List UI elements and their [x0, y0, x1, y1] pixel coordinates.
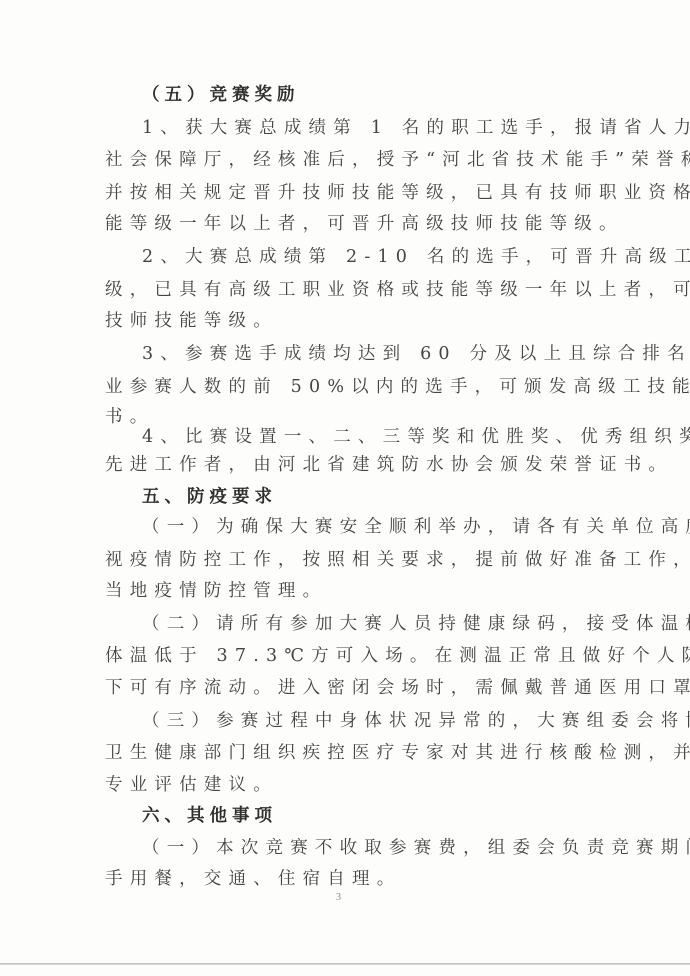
page-bottom-edge [0, 963, 690, 965]
paragraph-line: （一）为确保大赛安全顺利举办，请各有关单位高度重 [142, 515, 632, 539]
paragraph-line: （一）本次竞赛不收取参赛费，组委会负责竞赛期间选 [142, 836, 632, 860]
paragraph-line: （三）参赛过程中身体状况异常的，大赛组委会将协调 [142, 709, 632, 733]
paragraph-line: 下可有序流动。进入密闭会场时，需佩戴普通医用口罩。 [105, 676, 595, 700]
paragraph-line: 体温低于 37.3℃方可入场。在测温正常且做好个人防护前提 [105, 644, 595, 668]
paragraph-line: 1、获大赛总成绩第 1 名的职工选手，报请省人力资源 [142, 116, 632, 140]
paragraph-line: 视疫情防控工作，按照相关要求，提前做好准备工作，服从 [105, 548, 595, 572]
paragraph-line: 专业评估建议。 [105, 773, 595, 797]
document-page: （五）竞赛奖励 1、获大赛总成绩第 1 名的职工选手，报请省人力资源 社会保障厅… [0, 0, 690, 976]
paragraph-line: 手用餐，交通、住宿自理。 [105, 867, 595, 891]
section-heading-competition-awards: （五）竞赛奖励 [142, 83, 632, 107]
page-number: 3 [336, 892, 341, 903]
paragraph-line: 并按相关规定晋升技师技能等级，已具有技师职业资格或技 [105, 181, 595, 205]
paragraph-line: 业参赛人数的前 50%以内的选手，可颁发高级工技能等级证 [105, 375, 595, 399]
paragraph-line: 先进工作者，由河北省建筑防水协会颁发荣誉证书。 [105, 453, 595, 477]
section-heading-epidemic-requirements: 五、防疫要求 [142, 485, 632, 509]
paragraph-line: 2、大赛总成绩第 2-10 名的选手，可晋升高级工技能等 [142, 245, 632, 269]
paragraph-line: （二）请所有参加大赛人员持健康绿码，接受体温检测， [142, 612, 632, 636]
paragraph-line: 级，已具有高级工职业资格或技能等级一年以上者，可晋升 [105, 278, 595, 302]
paragraph-line: 卫生健康部门组织疾控医疗专家对其进行核酸检测，并提出 [105, 741, 595, 765]
section-heading-other-matters: 六、其他事项 [142, 804, 632, 828]
paragraph-line: 能等级一年以上者，可晋升高级技师技能等级。 [105, 212, 595, 236]
paragraph-line: 技师技能等级。 [105, 309, 595, 333]
paragraph-line: 3、参赛选手成绩均达到 60 分及以上且综合排名在本职 [142, 342, 632, 366]
paragraph-line: 社会保障厅，经核准后，授予“河北省技术能手”荣誉称号， [105, 148, 595, 172]
paragraph-line: 4、比赛设置一、二、三等奖和优胜奖、优秀组织奖、 [142, 425, 632, 449]
paragraph-line: 当地疫情防控管理。 [105, 579, 595, 603]
